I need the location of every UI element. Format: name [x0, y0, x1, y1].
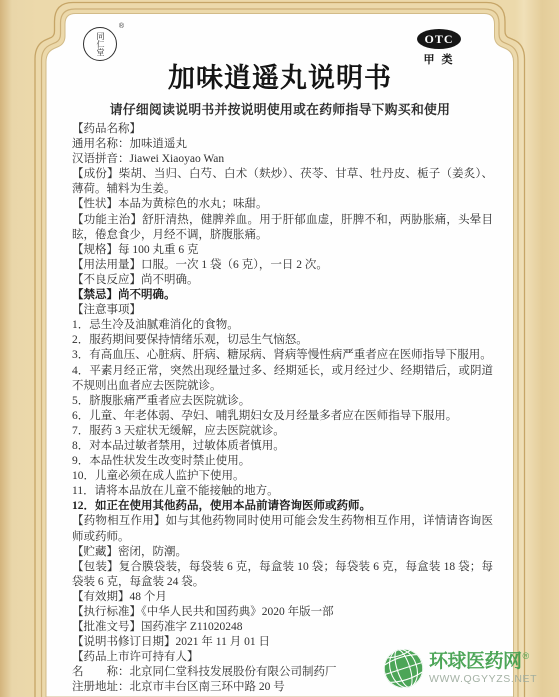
leaflet-line: 【包装】复合膜袋装，每袋装 6 克，每盒装 10 袋；每袋装 6 克，每盒装 1… — [72, 560, 493, 590]
watermark-site-name: 环球医药网® — [429, 652, 537, 671]
leaflet-line: 通用名称：加味逍遥丸 — [72, 137, 493, 152]
watermark-url: WWW.QGYYZS.NET — [429, 674, 537, 685]
leaflet-line: 【性状】本品为黄棕色的水丸；味甜。 — [72, 197, 493, 212]
leaflet-line: 【药物相互作用】如与其他药物同时使用可能会发生药物相互作用，详情请咨询医师或药师… — [72, 514, 493, 544]
leaflet-line: 5．脐腹胀痛严重者应去医院就诊。 — [72, 394, 493, 409]
leaflet-line: 【贮藏】密闭，防潮。 — [72, 545, 493, 560]
leaflet-line: 10．儿童必须在成人监护下使用。 — [72, 469, 493, 484]
watermark-registered-mark: ® — [523, 651, 529, 661]
leaflet-line: 【功能主治】舒肝清热，健脾养血。用于肝郁血虚，肝脾不和，两胁胀痛，头晕目眩，倦怠… — [72, 213, 493, 243]
leaflet-line: 【规格】每 100 丸重 6 克 — [72, 243, 493, 258]
otc-label: OTC — [424, 32, 453, 47]
leaflet-line: 【执行标准】《中华人民共和国药典》2020 年版一部 — [72, 605, 493, 620]
otc-oval-icon: OTC — [417, 29, 461, 49]
leaflet-line: 7．服药 3 天症状无缓解，应去医院就诊。 — [72, 424, 493, 439]
qgyyzs-watermark: 环球医药网® WWW.QGYYZS.NET — [382, 643, 558, 693]
leaflet-line: 【药品名称】 — [72, 122, 493, 137]
page-title: 加味逍遥丸说明书 — [46, 56, 514, 95]
seal-registered-mark: ® — [119, 23, 124, 30]
leaflet-line: 【用法用量】口服。一次 1 袋（6 克），一日 2 次。 — [72, 258, 493, 273]
drug-leaflet-page: 同仁堂 ® OTC 甲 类 加味逍遥丸说明书 请仔细阅读说明书并按说明使用或在药… — [0, 0, 559, 697]
leaflet-line: 【注意事项】 — [72, 303, 493, 318]
leaflet-line: 【禁忌】尚不明确。 — [72, 288, 493, 303]
leaflet-body: 【药品名称】通用名称：加味逍遥丸汉语拼音：Jiawei Xiaoyao Wan【… — [72, 122, 493, 696]
seal-text: 同仁堂 — [96, 32, 104, 56]
leaflet-line: 【不良反应】尚不明确。 — [72, 273, 493, 288]
leaflet-line: 11．请将本品放在儿童不能接触的地方。 — [72, 484, 493, 499]
leaflet-line: 8．对本品过敏者禁用，过敏体质者慎用。 — [72, 439, 493, 454]
leaflet-line: 【有效期】48 个月 — [72, 590, 493, 605]
leaflet-line: 【成份】柴胡、当归、白芍、白术（麸炒）、茯苓、甘草、牡丹皮、栀子（姜炙）、薄荷。… — [72, 167, 493, 197]
leaflet-line: 【批准文号】国药准字 Z11020248 — [72, 620, 493, 635]
leaflet-line: 3．有高血压、心脏病、肝病、糖尿病、肾病等慢性病严重者应在医师指导下服用。 — [72, 348, 493, 363]
leaflet-line: 6．儿童、年老体弱、孕妇、哺乳期妇女及月经量多者应在医师指导下服用。 — [72, 409, 493, 424]
leaflet-line: 4．平素月经正常，突然出现经量过多、经期延长，或月经过少、经期错后，或阴道不规则… — [72, 364, 493, 394]
leaflet-line: 1．忌生冷及油腻难消化的食物。 — [72, 318, 493, 333]
leaflet-line: 12．如正在使用其他药品，使用本品前请咨询医师或药师。 — [72, 499, 493, 514]
leaflet-line: 2．服药期间要保持情绪乐观，切忌生气恼怒。 — [72, 333, 493, 348]
globe-icon — [382, 647, 425, 690]
leaflet-line: 9．本品性状发生改变时禁止使用。 — [72, 454, 493, 469]
page-subtitle: 请仔细阅读说明书并按说明使用或在药师指导下购买和使用 — [46, 99, 514, 118]
leaflet-line: 汉语拼音：Jiawei Xiaoyao Wan — [72, 152, 493, 167]
